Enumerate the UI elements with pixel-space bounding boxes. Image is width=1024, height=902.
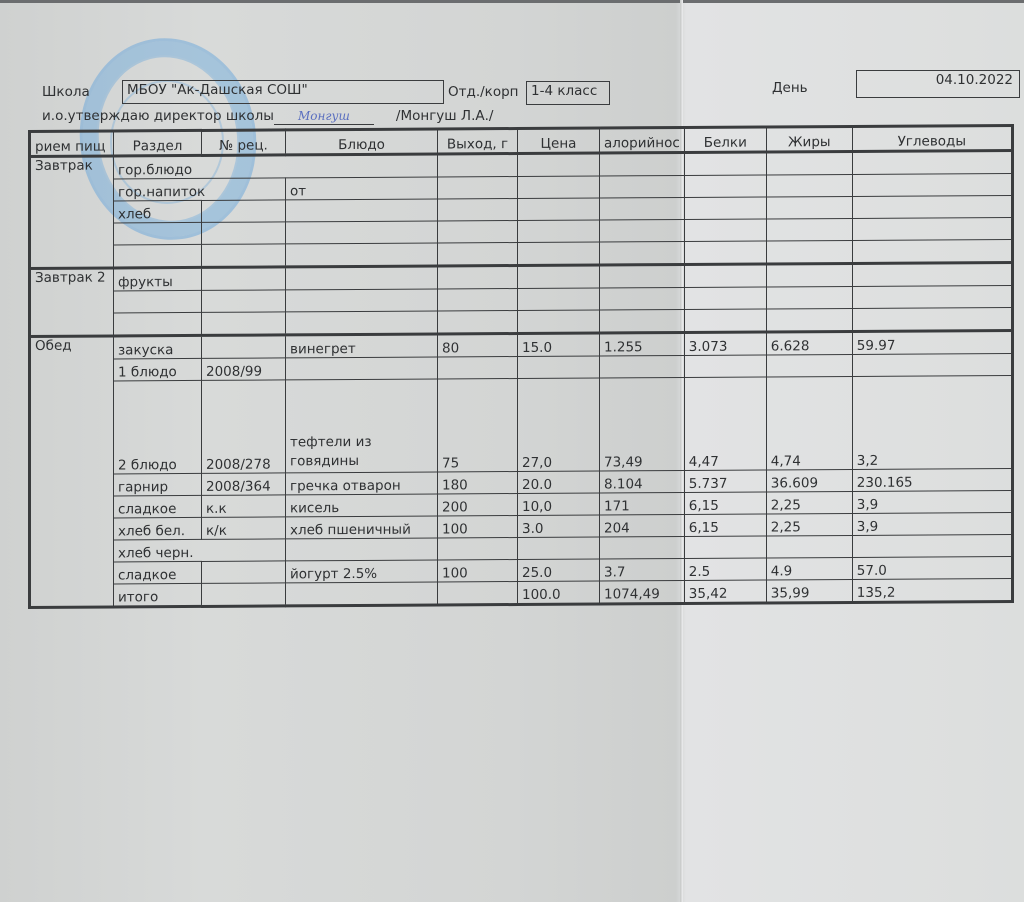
- cell-section: гарнир: [114, 473, 202, 496]
- cell-price: [518, 265, 600, 289]
- cell-section: [114, 244, 202, 268]
- cell-carbs: 59.97: [852, 330, 1012, 354]
- cell-fat: [766, 535, 852, 558]
- meal-name-cell: Обед: [30, 336, 114, 608]
- cell-dish: от: [286, 177, 438, 200]
- cell-fat: 35,99: [766, 579, 852, 603]
- cell-fat: 4.9: [766, 557, 852, 580]
- cell-section: хлеб: [114, 200, 202, 223]
- cell-dish: [286, 582, 438, 606]
- school-label: Школа: [42, 84, 90, 100]
- cell-section: хлеб бел.: [114, 517, 202, 540]
- cell-dish: [286, 243, 438, 267]
- cell-fat: [766, 263, 852, 287]
- approval-text: и.о.утверждаю директор школы: [42, 108, 274, 124]
- cell-section: сладкое: [114, 495, 202, 518]
- col-section: Раздел: [114, 130, 202, 156]
- col-meal: риeм пищ: [30, 131, 114, 157]
- cell-carbs: [852, 217, 1012, 240]
- cell-protein: [684, 175, 766, 198]
- cell-carbs: [852, 195, 1012, 218]
- cell-dish: [286, 538, 438, 561]
- cell-kcal: 3.7: [600, 558, 685, 581]
- date-field: 04.10.2022: [856, 70, 1020, 98]
- cell-section: итого: [114, 583, 202, 607]
- cell-kcal: 1.255: [600, 332, 685, 356]
- cell-protein: [684, 241, 766, 265]
- cell-carbs: [852, 239, 1012, 263]
- cell-kcal: 1074,49: [600, 580, 685, 604]
- cell-carbs: 3,2: [852, 375, 1012, 469]
- cell-yield: [438, 221, 518, 243]
- cell-kcal: 8.104: [600, 470, 685, 493]
- cell-protein: [684, 536, 766, 559]
- cell-price: [518, 288, 600, 311]
- cell-kcal: [600, 197, 685, 220]
- cell-price: [518, 537, 600, 560]
- col-recipe: № рец.: [202, 130, 286, 156]
- cell-kcal: 73,49: [600, 377, 685, 471]
- cell-dish: хлеб пшеничный: [286, 516, 438, 539]
- cell-price: 15.0: [518, 333, 600, 357]
- director-signature: Монгуш: [298, 109, 350, 123]
- col-fat: Жиры: [766, 126, 852, 152]
- cell-carbs: 135,2: [852, 578, 1012, 602]
- director-name: /Монгуш Л.А./: [396, 108, 494, 124]
- cell-recipe: [202, 583, 286, 607]
- cell-carbs: 57.0: [852, 556, 1012, 579]
- cell-section: гор.блюдо: [114, 154, 438, 179]
- col-dish: Блюдо: [286, 129, 438, 155]
- cell-price: [518, 220, 600, 243]
- cell-protein: 6,15: [684, 514, 766, 537]
- cell-recipe: к.к: [202, 495, 286, 518]
- cell-price: 10,0: [518, 493, 600, 516]
- cell-section: хлеб черн.: [114, 539, 286, 562]
- cell-recipe: 2008/364: [202, 473, 286, 496]
- cell-fat: [766, 240, 852, 264]
- cell-price: 100.0: [518, 581, 600, 605]
- cell-carbs: [852, 353, 1012, 376]
- cell-recipe: [202, 290, 286, 313]
- cell-yield: 100: [438, 516, 518, 538]
- cell-recipe: [202, 335, 286, 359]
- cell-yield: [438, 311, 518, 334]
- cell-price: 20.0: [518, 471, 600, 494]
- cell-dish: кисель: [286, 494, 438, 517]
- cell-carbs: [852, 262, 1012, 286]
- cell-protein: 5.737: [684, 470, 766, 493]
- cell-dish: [286, 199, 438, 222]
- dept-label: Отд./корп: [448, 84, 518, 100]
- cell-fat: 2,25: [766, 513, 852, 536]
- cell-kcal: [600, 241, 685, 265]
- cell-protein: [684, 355, 766, 378]
- cell-section: [114, 290, 202, 313]
- cell-kcal: [600, 219, 685, 242]
- cell-kcal: 171: [600, 492, 685, 515]
- cell-section: гор.напиток: [114, 178, 286, 201]
- school-name-field: МБОУ "Ак-Дашская СОШ": [122, 80, 444, 104]
- cell-kcal: [600, 309, 685, 333]
- cell-dish: тефтели из говядины: [286, 379, 438, 473]
- menu-table: риeм пищ Раздел № рец. Блюдо Выход, г Це…: [28, 124, 1014, 609]
- col-carbs: Углеводы: [852, 125, 1012, 151]
- meal-name-cell: Завтрак: [30, 156, 114, 269]
- cell-recipe: [202, 561, 286, 584]
- cell-recipe: 2008/278: [202, 380, 286, 474]
- cell-price: [518, 153, 600, 177]
- cell-yield: 200: [438, 494, 518, 516]
- cell-section: 1 блюдо: [114, 358, 202, 381]
- cell-kcal: [600, 287, 685, 310]
- cell-yield: [438, 154, 518, 177]
- cell-dish: [286, 357, 438, 380]
- cell-fat: [766, 174, 852, 197]
- cell-price: [518, 242, 600, 266]
- col-price: Цена: [518, 128, 600, 154]
- cell-recipe: [202, 312, 286, 336]
- cell-fat: 2,25: [766, 491, 852, 514]
- cell-recipe: [202, 200, 286, 223]
- day-label: День: [772, 80, 808, 96]
- cell-price: 27,0: [518, 378, 600, 472]
- cell-price: [518, 356, 600, 379]
- cell-dish: йогурт 2.5%: [286, 560, 438, 583]
- approval-line: и.о.утверждаю директор школыМонгуш/Монгу…: [42, 108, 493, 125]
- cell-price: [518, 310, 600, 334]
- cell-kcal: [600, 264, 685, 288]
- cell-carbs: [852, 285, 1012, 308]
- cell-recipe: [202, 222, 286, 245]
- cell-kcal: [600, 536, 685, 559]
- cell-section: фрукты: [114, 267, 202, 291]
- cell-dish: гречка отварон: [286, 472, 438, 495]
- cell-yield: [438, 538, 518, 560]
- table-row: итого100.01074,4935,4235,99135,2: [30, 578, 1013, 607]
- cell-kcal: [600, 175, 685, 198]
- cell-protein: [684, 287, 766, 310]
- cell-carbs: 3,9: [852, 490, 1012, 513]
- cell-section: сладкое: [114, 561, 202, 584]
- cell-carbs: [852, 534, 1012, 557]
- cell-fat: 4,74: [766, 376, 852, 470]
- cell-section: [114, 312, 202, 336]
- cell-kcal: 204: [600, 514, 685, 537]
- col-protein: Белки: [684, 127, 766, 153]
- cell-price: 25.0: [518, 559, 600, 582]
- cell-recipe: 2008/99: [202, 358, 286, 381]
- cell-yield: [438, 357, 518, 379]
- cell-dish: [286, 266, 438, 290]
- cell-yield: 80: [438, 334, 518, 357]
- cell-price: [518, 198, 600, 221]
- cell-section: закуска: [114, 335, 202, 359]
- cell-protein: [684, 219, 766, 242]
- cell-dish: [286, 311, 438, 335]
- cell-kcal: [600, 152, 685, 176]
- cell-dish: [286, 221, 438, 244]
- cell-carbs: [852, 307, 1012, 331]
- cell-protein: 3.073: [684, 332, 766, 356]
- cell-protein: 4,47: [684, 377, 766, 471]
- cell-yield: [438, 582, 518, 605]
- cell-recipe: к/к: [202, 517, 286, 540]
- cell-price: 3.0: [518, 515, 600, 538]
- cell-protein: 35,42: [684, 580, 766, 604]
- cell-fat: [766, 286, 852, 309]
- cell-yield: [438, 243, 518, 266]
- cell-yield: [438, 199, 518, 221]
- cell-protein: [684, 152, 766, 176]
- cell-fat: [766, 218, 852, 241]
- cell-recipe: [202, 244, 286, 268]
- cell-yield: 180: [438, 472, 518, 494]
- cell-protein: [684, 309, 766, 333]
- cell-yield: [438, 289, 518, 311]
- col-yield: Выход, г: [438, 129, 518, 154]
- cell-carbs: [852, 150, 1012, 174]
- cell-protein: [684, 197, 766, 220]
- cell-yield: 100: [438, 560, 518, 582]
- cell-carbs: 230.165: [852, 468, 1012, 491]
- cell-protein: [684, 264, 766, 288]
- paper-top-edge: [0, 0, 1024, 3]
- cell-carbs: [852, 173, 1012, 196]
- cell-yield: [438, 177, 518, 199]
- cell-protein: 2.5: [684, 558, 766, 581]
- cell-section: 2 блюдо: [114, 380, 202, 474]
- meal-name-cell: Завтрак 2: [30, 268, 114, 337]
- cell-fat: 36.609: [766, 469, 852, 492]
- cell-fat: [766, 308, 852, 332]
- cell-kcal: [600, 355, 685, 378]
- cell-fat: 6.628: [766, 331, 852, 355]
- cell-dish: винегрет: [286, 334, 438, 358]
- col-kcal: алорийнос: [600, 127, 685, 153]
- dept-field: 1-4 класс: [526, 81, 610, 105]
- cell-fat: [766, 151, 852, 175]
- cell-price: [518, 176, 600, 199]
- cell-recipe: [202, 267, 286, 291]
- cell-dish: [286, 289, 438, 312]
- cell-yield: [438, 266, 518, 289]
- cell-fat: [766, 196, 852, 219]
- cell-yield: 75: [438, 379, 518, 472]
- table-row: 2 блюдо2008/278тефтели из говядины7527,0…: [30, 375, 1013, 474]
- cell-fat: [766, 354, 852, 377]
- cell-protein: 6,15: [684, 492, 766, 515]
- cell-section: [114, 222, 202, 245]
- cell-carbs: 3,9: [852, 512, 1012, 535]
